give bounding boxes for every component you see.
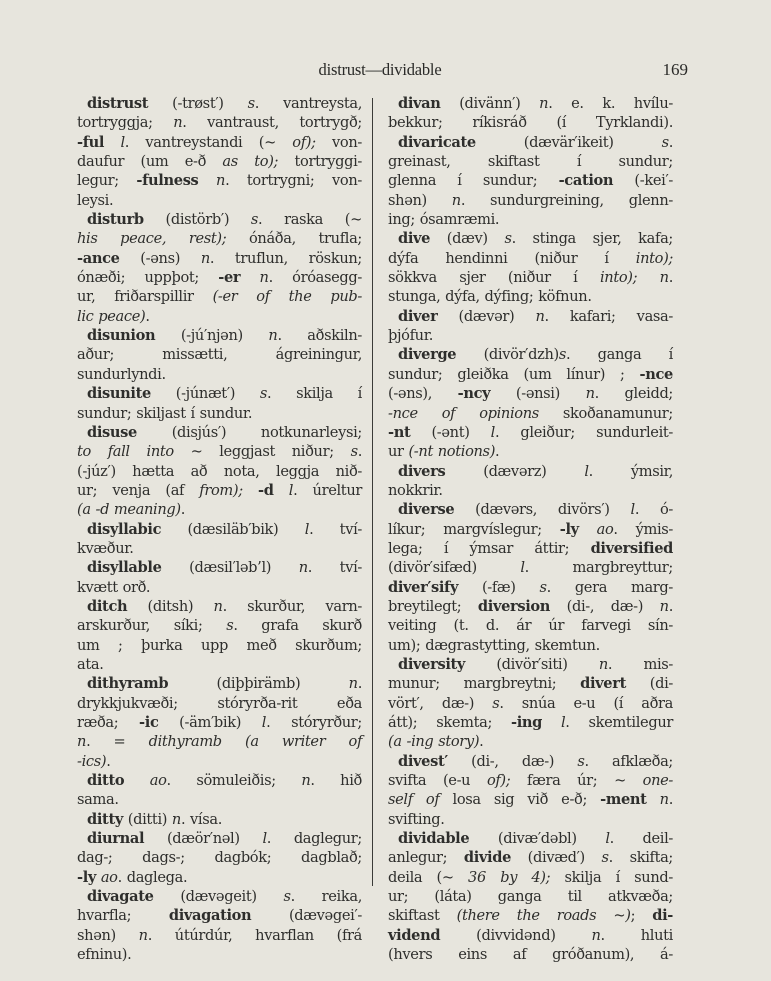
definition-text	[637, 269, 659, 286]
entry-start-line: diversity (divör′siti) n. mis-	[388, 655, 673, 674]
definition-text: (-əns)	[120, 250, 201, 267]
headword: disunion	[87, 327, 155, 344]
headword: ditch	[87, 598, 127, 615]
definition-text: (ditsh)	[127, 598, 213, 615]
headword: divert	[580, 675, 626, 692]
headword: -d	[258, 482, 274, 499]
entry-line: (a -ing story).	[388, 732, 673, 751]
definition-text	[647, 791, 660, 808]
entry-start-line: dividable (divæ′dəbl) l. deil-	[388, 829, 673, 848]
definition-text: um ; þurka upp með skurðum;	[77, 637, 362, 654]
headword: -fulness	[136, 172, 198, 189]
italic-text: (a -d meaning)	[77, 501, 181, 518]
entry-start-line: diverge (divör′dzh)s. ganga í	[388, 345, 673, 364]
italic-text: s	[283, 888, 290, 905]
definition-text: efninu).	[77, 946, 131, 963]
definition-text: . reika,	[291, 888, 362, 905]
definition-text: líkur; margvíslegur;	[388, 521, 560, 538]
definition-text: aður; missætti, ágreiningur,	[77, 346, 362, 363]
headword: ditty	[87, 811, 123, 828]
definition-text: sundur; skiljast í sundur.	[77, 405, 252, 422]
definition-text: sundurlyndi.	[77, 366, 166, 383]
italic-text: -ics)	[77, 753, 106, 770]
definition-text: (di-	[626, 675, 673, 692]
entry-line: kvætt orð.	[77, 578, 362, 597]
italic-text: as to);	[222, 153, 278, 170]
definition-text: (divæ′dəbl)	[469, 830, 605, 847]
italic-text: (-nt notions)	[408, 443, 495, 460]
italic-text: n	[299, 559, 308, 576]
headword: divaricate	[398, 134, 476, 151]
entry-line: lic peace).	[77, 307, 362, 326]
entry-line: ur, friðarspillir (-er of the pub-	[77, 287, 362, 306]
definition-text: legur;	[77, 172, 136, 189]
entry-line: ing; ósamræmi.	[388, 210, 673, 229]
headword: -nt	[388, 424, 410, 441]
definition-text	[243, 482, 258, 499]
italic-text: (a -ing story)	[388, 733, 479, 750]
definition-text: shən)	[388, 192, 452, 209]
definition-text: .	[669, 134, 673, 151]
definition-text: (dævəgeit)	[154, 888, 284, 905]
definition-text: skiftast	[388, 907, 457, 924]
definition-text: . útúrdúr, hvarflan (frá	[148, 927, 362, 944]
italic-text: of);	[487, 772, 510, 789]
italic-text: n	[660, 791, 669, 808]
entry-line: (divör′sifæd) l. margbreyttur;	[388, 558, 673, 577]
definition-text: shən)	[77, 927, 139, 944]
definition-text: . e. k. hvílu-	[548, 95, 673, 112]
page-number: 169	[663, 60, 689, 80]
italic-text: ao	[101, 869, 118, 886]
definition-text: bekkur; ríkisráð (í Tyrklandi).	[388, 114, 673, 131]
definition-text: (-äm′bik)	[158, 714, 261, 731]
definition-text: (distörb′)	[144, 211, 251, 228]
entry-start-line: diurnal (dæör′nəl) l. daglegur;	[77, 829, 362, 848]
italic-text: ao	[150, 772, 167, 789]
italic-text: n	[349, 675, 358, 692]
italic-text: n	[201, 250, 210, 267]
entry-line: svifting.	[388, 810, 673, 829]
entry-line: ræða; -ic (-äm′bik) l. stóryrður;	[77, 713, 362, 732]
entry-start-line: divest′ (di-, dæ-) s. afklæða;	[388, 752, 673, 771]
definition-text: vört′, dæ-)	[388, 695, 492, 712]
definition-text: ræða;	[77, 714, 139, 731]
definition-text: (di-, dæ-)	[448, 753, 578, 770]
italic-text: n	[173, 114, 182, 131]
italic-text: -nce of opinions	[388, 405, 539, 422]
italic-text: s	[260, 385, 267, 402]
entry-line: bekkur; ríkisráð (í Tyrklandi).	[388, 113, 673, 132]
entry-line: veiting (t. d. ár úr farvegi sín-	[388, 616, 673, 635]
definition-text: (dæsil′ləb’l)	[162, 559, 299, 576]
headword: divers	[398, 463, 445, 480]
entry-line: his peace, rest); ónáða, trufla;	[77, 229, 362, 248]
entry-line: -nce of opinions skoðanamunur;	[388, 404, 673, 423]
definition-text: breytilegt;	[388, 598, 478, 615]
definition-text: .	[358, 443, 362, 460]
entry-line: kvæður.	[77, 539, 362, 558]
headword: di-	[652, 907, 673, 924]
italic-text: n	[539, 95, 548, 112]
definition-text: (diþþirämb)	[168, 675, 348, 692]
definition-text: (disjús′) notkunarleysi;	[137, 424, 362, 441]
definition-text: um); dægrastytting, skemtun.	[388, 637, 600, 654]
definition-text: . skemtilegur	[565, 714, 673, 731]
definition-text: . aðskiln-	[277, 327, 362, 344]
italic-text: self of	[388, 791, 439, 808]
definition-text: veiting (t. d. ár úr farvegi sín-	[388, 617, 673, 634]
definition-text: sama.	[77, 791, 119, 808]
definition-text: (dævər)	[437, 308, 535, 325]
entry-line: -ics).	[77, 752, 362, 771]
definition-text: . hið	[310, 772, 362, 789]
definition-text: (dævərs, divörs′)	[454, 501, 630, 518]
definition-text: tortryggi-	[278, 153, 362, 170]
entry-line: átt); skemta; -ing l. skemtilegur	[388, 713, 673, 732]
definition-text: átt); skemta;	[388, 714, 511, 731]
entry-start-line: diverse (dævərs, divörs′) l. ó-	[388, 500, 673, 519]
definition-text: (di-, dæ-)	[550, 598, 660, 615]
definition-text: (divör′dzh)	[456, 346, 559, 363]
entry-line: -ly ao. daglega.	[77, 868, 362, 887]
italic-text: n	[599, 656, 608, 673]
definition-text: (dævərz)	[445, 463, 584, 480]
definition-text: . stinga sjer, kafa;	[512, 230, 673, 247]
italic-text: n	[260, 269, 269, 286]
definition-text: . raska (~	[258, 211, 362, 228]
entry-line: stunga, dýfa, dýfing; köfnun.	[388, 287, 673, 306]
entry-line: dag-; dags-; dagbók; dagblað;	[77, 848, 362, 867]
entry-line: vört′, dæ-) s. snúa e-u (í aðra	[388, 694, 673, 713]
definition-text: (-júz′) hætta að nota, leggja nið-	[77, 463, 362, 480]
definition-text: . sundurgreining, glenn-	[461, 192, 673, 209]
definition-text: . tortrygni; von-	[225, 172, 362, 189]
definition-text: glenna í sundur;	[388, 172, 559, 189]
definition-text: ónæði; uppþot;	[77, 269, 218, 286]
definition-text: ata.	[77, 656, 104, 673]
definition-text: munur; margbreytni;	[388, 675, 580, 692]
entry-line: sundur; gleiðka (um línur) ; -nce	[388, 365, 673, 384]
italic-text: s	[662, 134, 669, 151]
definition-text: ur; (láta) ganga til atkvæða;	[388, 888, 673, 905]
definition-text: . gera marg-	[547, 579, 673, 596]
entry-line: sama.	[77, 790, 362, 809]
italic-text: n	[660, 598, 669, 615]
headword: distrust	[87, 95, 148, 112]
entry-line: um ; þurka upp með skurðum;	[77, 636, 362, 655]
headword: diverse	[398, 501, 454, 518]
entry-start-line: disyllabic (dæsiläb′bik) l. tví-	[77, 520, 362, 539]
definition-text: .	[145, 308, 149, 325]
headword: disturb	[87, 211, 144, 228]
italic-text: n	[77, 733, 86, 750]
entry-line: diver′sify (-fæ) s. gera marg-	[388, 578, 673, 597]
entry-line: svifta (e-u of); færa úr; ~ one-	[388, 771, 673, 790]
column-divider	[372, 98, 373, 886]
entry-line: aður; missætti, ágreiningur,	[77, 345, 362, 364]
entry-line: leysi.	[77, 191, 362, 210]
headword: -ment	[600, 791, 646, 808]
headword: divan	[398, 95, 441, 112]
entry-line: sökkva sjer (niður í into); n.	[388, 268, 673, 287]
entry-line: vidend (divvidənd) n. hluti	[388, 926, 673, 945]
definition-text: kvæður.	[77, 540, 134, 557]
entry-line: ur; (láta) ganga til atkvæða;	[388, 887, 673, 906]
definition-text: . margbreyttur;	[525, 559, 673, 576]
definition-text	[104, 134, 120, 151]
italic-text: ~ 36 by 4);	[442, 869, 550, 886]
definition-text: daufur (um e-ð	[77, 153, 222, 170]
dictionary-columns: distrust (-trøst′) s. vantreysta,tortryg…	[77, 94, 677, 894]
entry-line: -ance (-əns) n. truflun, röskun;	[77, 249, 362, 268]
definition-text: (dævär′ikeit)	[476, 134, 662, 151]
italic-text: n	[216, 172, 225, 189]
definition-text: færa úr; ~	[510, 772, 642, 789]
definition-text: (-əns),	[388, 385, 458, 402]
definition-text: .	[495, 443, 499, 460]
definition-text	[124, 772, 150, 789]
entry-start-line: ditch (ditsh) n. skurður, varn-	[77, 597, 362, 616]
definition-text: skoðanamunur;	[539, 405, 673, 422]
italic-text: n	[172, 811, 181, 828]
definition-text: nokkrir.	[388, 482, 443, 499]
headword: -ful	[77, 134, 104, 151]
entry-start-line: ditto ao. sömuleiðis; n. hið	[77, 771, 362, 790]
definition-text: (-júnæt′)	[151, 385, 260, 402]
italic-text: s	[504, 230, 511, 247]
definition-text: ur	[388, 443, 408, 460]
definition-text	[579, 521, 597, 538]
entry-line: (-əns), -ncy (-ənsi) n. gleidd;	[388, 384, 673, 403]
headword: diurnal	[87, 830, 144, 847]
entry-line: n. = dithyramb (a writer of	[77, 732, 362, 751]
definition-text: stunga, dýfa, dýfing; köfnun.	[388, 288, 592, 305]
definition-text: . =	[86, 733, 149, 750]
definition-text: .	[669, 598, 673, 615]
entry-line: drykkjukvæði; stóryrða-rit eða	[77, 694, 362, 713]
headword: diverge	[398, 346, 456, 363]
headword: diversity	[398, 656, 465, 673]
entry-line: ur; venja (af from); -d l. úreltur	[77, 481, 362, 500]
definition-text: . mis-	[608, 656, 673, 673]
italic-text: (-er of the pub-	[213, 288, 362, 305]
entry-start-line: disuse (disjús′) notkunarleysi;	[77, 423, 362, 442]
entry-line: breytilegt; diversion (di-, dæ-) n.	[388, 597, 673, 616]
definition-text: leggjast niður;	[202, 443, 350, 460]
definition-text: losa sig við e-ð;	[439, 791, 600, 808]
headword: -ly	[560, 521, 579, 538]
entry-line: legur; -fulness n. tortrygni; von-	[77, 171, 362, 190]
headword: divagation	[169, 907, 251, 924]
definition-text: dag-; dags-; dagbók; dagblað;	[77, 849, 362, 866]
definition-text: svifting.	[388, 811, 445, 828]
entry-line: þjófur.	[388, 326, 673, 345]
definition-text: (dæv)	[430, 230, 504, 247]
headword: -cation	[559, 172, 614, 189]
definition-text: .	[669, 269, 673, 286]
entry-line: munur; margbreytni; divert (di-	[388, 674, 673, 693]
definition-text: (dæör′nəl)	[144, 830, 262, 847]
headword: -ing	[511, 714, 542, 731]
definition-text: . ýmsir,	[589, 463, 673, 480]
definition-text: arskurður, síki;	[77, 617, 226, 634]
entry-line: (a -d meaning).	[77, 500, 362, 519]
definition-text: kvætt orð.	[77, 579, 150, 596]
italic-text: dithyramb (a writer of	[149, 733, 362, 750]
right-column: divan (divänn′) n. e. k. hvílu-bekkur; r…	[388, 94, 673, 964]
italic-text: s	[559, 346, 566, 363]
definition-text: lega; í ýmsar áttir;	[388, 540, 591, 557]
headword: divagate	[87, 888, 154, 905]
definition-text: greinast, skiftast í sundur;	[388, 153, 673, 170]
italic-text: n	[535, 308, 544, 325]
definition-text: . afklæða;	[585, 753, 673, 770]
definition-text: . gleidd;	[595, 385, 673, 402]
definition-text: (-ənt)	[410, 424, 490, 441]
definition-text: tortryggja;	[77, 114, 173, 131]
definition-text: (dævəgei′-	[251, 907, 362, 924]
headword: disuse	[87, 424, 137, 441]
definition-text: (divvidənd)	[440, 927, 591, 944]
definition-text: (-jú′njən)	[155, 327, 268, 344]
definition-text: . stóryrður;	[266, 714, 362, 731]
headword: diversified	[591, 540, 673, 557]
dictionary-page: distrust—dividable 169 distrust (-trøst′…	[0, 0, 771, 981]
entry-line: sundurlyndi.	[77, 365, 362, 384]
headword: diver	[398, 308, 437, 325]
definition-text: (-trøst′)	[148, 95, 247, 112]
definition-text: ;	[631, 907, 653, 924]
definition-text: . ýmis-	[613, 521, 673, 538]
definition-text: von-	[316, 134, 362, 151]
page-header: distrust—dividable 169	[80, 60, 680, 84]
definition-text	[274, 482, 289, 499]
definition-text: . skurður, varn-	[223, 598, 362, 615]
entry-line: lega; í ýmsar áttir; diversified	[388, 539, 673, 558]
definition-text: dýfa hendinni (niður í	[388, 250, 636, 267]
entry-line: greinast, skiftast í sundur;	[388, 152, 673, 171]
definition-text: .	[358, 675, 362, 692]
entry-line: dýfa hendinni (niður í into);	[388, 249, 673, 268]
definition-text: . tví-	[308, 559, 362, 576]
definition-text: . grafa skurð	[233, 617, 362, 634]
entry-line: (hvers eins af gróðanum), á-	[388, 945, 673, 964]
definition-text: . vantreysta,	[255, 95, 362, 112]
definition-text: . hluti	[601, 927, 673, 944]
entry-line: arskurður, síki; s. grafa skurð	[77, 616, 362, 635]
italic-text: s	[540, 579, 547, 596]
definition-text: .	[106, 753, 110, 770]
definition-text: sundur; gleiðka (um línur) ;	[388, 366, 640, 383]
definition-text: . daglega.	[118, 869, 188, 886]
definition-text: . ganga í	[566, 346, 673, 363]
entry-line: nokkrir.	[388, 481, 673, 500]
italic-text: lic peace)	[77, 308, 145, 325]
definition-text: (divänn′)	[441, 95, 540, 112]
definition-text: (divæd′)	[511, 849, 601, 866]
entry-start-line: disyllable (dæsil′ləb’l) n. tví-	[77, 558, 362, 577]
definition-text: (ditti)	[123, 811, 172, 828]
italic-text: n	[586, 385, 595, 402]
definition-text: . vantraust, tortrygð;	[182, 114, 362, 131]
definition-text: .	[181, 501, 185, 518]
entry-line: daufur (um e-ð as to); tortryggi-	[77, 152, 362, 171]
definition-text: hvarfla;	[77, 907, 169, 924]
entry-line: shən) n. sundurgreining, glenn-	[388, 191, 673, 210]
entry-start-line: divan (divänn′) n. e. k. hvílu-	[388, 94, 673, 113]
definition-text: . truflun, röskun;	[210, 250, 362, 267]
definition-text: (dæsiläb′bik)	[161, 521, 305, 538]
entry-line: self of losa sig við e-ð; -ment n.	[388, 790, 673, 809]
headword: dithyramb	[87, 675, 168, 692]
italic-text: n	[591, 927, 600, 944]
italic-text: n	[452, 192, 461, 209]
italic-text: ao	[597, 521, 614, 538]
headword: divest′	[398, 753, 448, 770]
definition-text: ing; ósamræmi.	[388, 211, 499, 228]
definition-text: . vantreystandi (	[125, 134, 264, 151]
entry-start-line: distrust (-trøst′) s. vantreysta,	[77, 94, 362, 113]
definition-text: . óróasegg-	[269, 269, 362, 286]
italic-text: n	[214, 598, 223, 615]
definition-text: skilja í sund-	[550, 869, 673, 886]
entry-line: glenna í sundur; -cation (-kei′-	[388, 171, 673, 190]
headword: -ic	[139, 714, 158, 731]
headword: diver′sify	[388, 579, 458, 596]
definition-text: . vísa.	[181, 811, 222, 828]
definition-text: (-fæ)	[458, 579, 539, 596]
italic-text: ~ of);	[264, 134, 316, 151]
definition-text: ónáða, trufla;	[226, 230, 362, 247]
italic-text: to fall into ~	[77, 443, 202, 460]
definition-text: ur; venja (af	[77, 482, 199, 499]
entry-line: sundur; skiljast í sundur.	[77, 404, 362, 423]
entry-start-line: divagate (dævəgeit) s. reika,	[77, 887, 362, 906]
entry-line: líkur; margvíslegur; -ly ao. ýmis-	[388, 520, 673, 539]
headword: -ncy	[458, 385, 491, 402]
headword: diversion	[478, 598, 550, 615]
headword: -nce	[640, 366, 673, 383]
definition-text: . gleiður; sundurleit-	[495, 424, 673, 441]
entry-line: efninu).	[77, 945, 362, 964]
headword: ditto	[87, 772, 124, 789]
definition-text: . daglegur;	[267, 830, 362, 847]
headword: -ly	[77, 869, 96, 886]
entry-start-line: dive (dæv) s. stinga sjer, kafa;	[388, 229, 673, 248]
entry-start-line: dithyramb (diþþirämb) n.	[77, 674, 362, 693]
definition-text: . sömuleiðis;	[167, 772, 302, 789]
headword: dive	[398, 230, 430, 247]
entry-line: ata.	[77, 655, 362, 674]
headword: dividable	[398, 830, 469, 847]
entry-start-line: divers (dævərz) l. ýmsir,	[388, 462, 673, 481]
definition-text: deila (	[388, 869, 442, 886]
definition-text: . kafari; vasa-	[545, 308, 674, 325]
entry-line: shən) n. útúrdúr, hvarflan (frá	[77, 926, 362, 945]
definition-text: leysi.	[77, 192, 113, 209]
italic-text: s	[251, 211, 258, 228]
running-head: distrust—dividable	[80, 60, 680, 80]
entry-line: um); dægrastytting, skemtun.	[388, 636, 673, 655]
headword: divide	[464, 849, 511, 866]
definition-text: drykkjukvæði; stóryrða-rit eða	[77, 695, 362, 712]
headword: -ance	[77, 250, 120, 267]
definition-text	[542, 714, 561, 731]
definition-text	[198, 172, 216, 189]
definition-text: svifta (e-u	[388, 772, 487, 789]
entry-start-line: diver (dævər) n. kafari; vasa-	[388, 307, 673, 326]
